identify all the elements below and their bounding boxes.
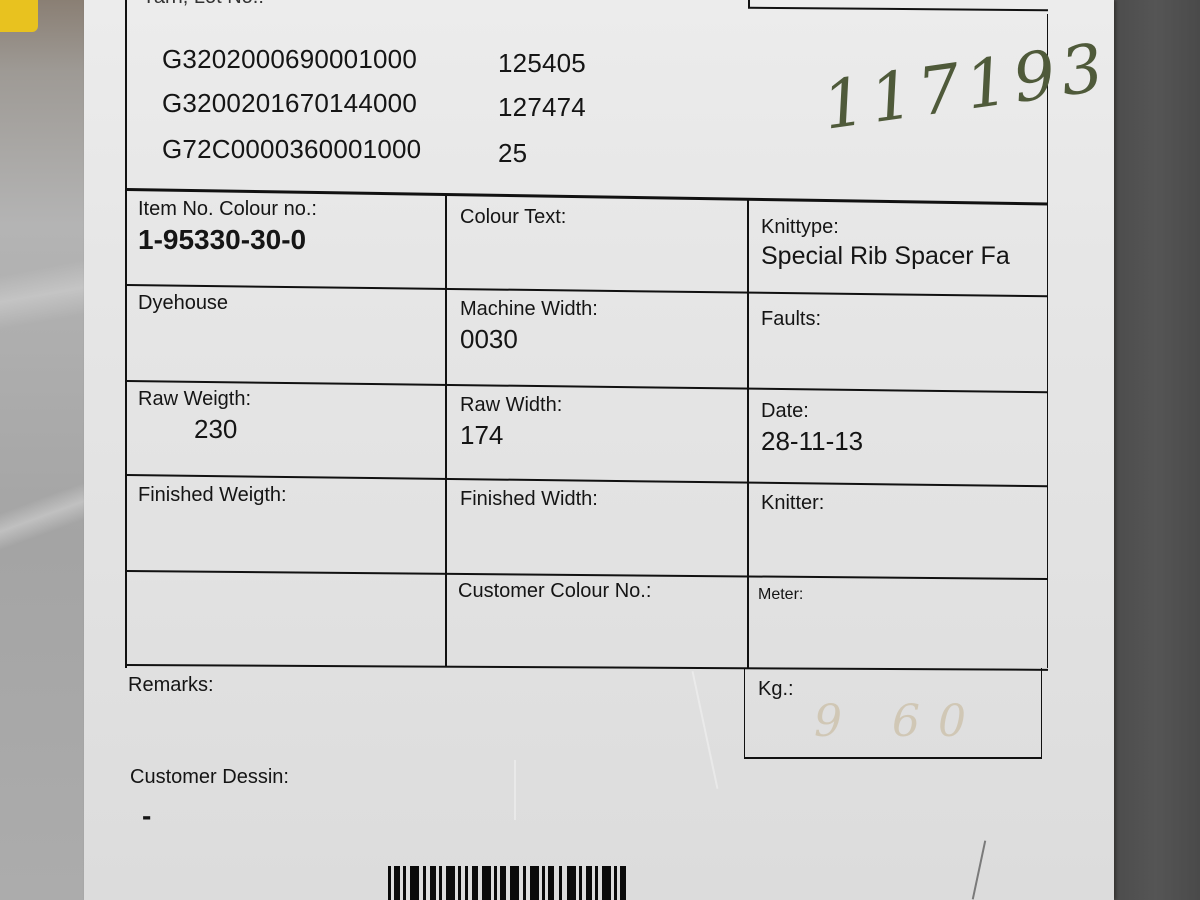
raw-weight-value: 230 [194, 414, 237, 445]
paper-crease [514, 760, 516, 820]
faults-label: Faults: [761, 308, 821, 331]
remarks-label: Remarks: [128, 674, 214, 697]
row-line-2 [125, 284, 1048, 297]
knittype-label: Knittype: [761, 216, 839, 239]
yarn-code-2: G3200201670144000 [162, 88, 417, 119]
lot-number-1: 125405 [498, 48, 586, 79]
meter-label: Meter: [758, 586, 803, 604]
machine-width-label: Machine Width: [460, 298, 598, 321]
dark-background [1112, 0, 1200, 900]
roll-label-paper: Yarn, Lot No.: G3202000690001000 125405 … [84, 0, 1114, 900]
knittype-value: Special Rib Spacer Fa [761, 242, 1010, 271]
kg-box-right [1041, 668, 1042, 758]
item-no-value: 1-95330-30-0 [138, 224, 306, 256]
finished-width-label: Finished Width: [460, 488, 598, 511]
col-line-2 [747, 200, 749, 668]
machine-width-value: 0030 [460, 324, 518, 355]
raw-weight-label: Raw Weigth: [138, 388, 251, 411]
item-no-label: Item No. Colour no.: [138, 198, 317, 221]
row-line-3 [125, 380, 1048, 393]
finished-weight-label: Finished Weigth: [138, 484, 287, 507]
handwritten-number: 117193 [818, 28, 1114, 144]
date-value: 28-11-13 [761, 426, 863, 457]
paper-crease [692, 671, 719, 789]
colour-text-label: Colour Text: [460, 206, 566, 229]
customer-dessin-label: Customer Dessin: [130, 766, 289, 789]
raw-width-value: 174 [460, 420, 503, 451]
raw-width-label: Raw Width: [460, 394, 562, 417]
col-line-1 [445, 196, 447, 666]
customer-colour-no-label: Customer Colour No.: [458, 580, 651, 603]
lot-header-label: Yarn, Lot No.: [142, 0, 264, 9]
yarn-code-1: G3202000690001000 [162, 44, 417, 75]
customer-dessin-value: - [142, 800, 151, 832]
knitter-label: Knitter: [761, 492, 824, 515]
dyehouse-label: Dyehouse [138, 292, 228, 315]
date-label: Date: [761, 400, 809, 423]
plastic-wrap-background [0, 0, 90, 900]
lot-number-2: 127474 [498, 92, 586, 123]
kg-box-bottom [744, 757, 1042, 759]
kg-box-left [744, 668, 745, 758]
yarn-code-3: G72C0000360001000 [162, 134, 421, 165]
header-line-right [748, 7, 1048, 12]
kg-label: Kg.: [758, 678, 794, 701]
yellow-tape [0, 0, 38, 32]
kg-faint-handwriting: 9 60 [814, 696, 984, 747]
pen-stroke [972, 840, 986, 899]
frame-left [125, 0, 127, 668]
lot-number-3: 25 [498, 138, 527, 169]
row-line-6 [125, 664, 1048, 671]
barcode [388, 866, 734, 900]
row-line-5 [125, 570, 1048, 580]
